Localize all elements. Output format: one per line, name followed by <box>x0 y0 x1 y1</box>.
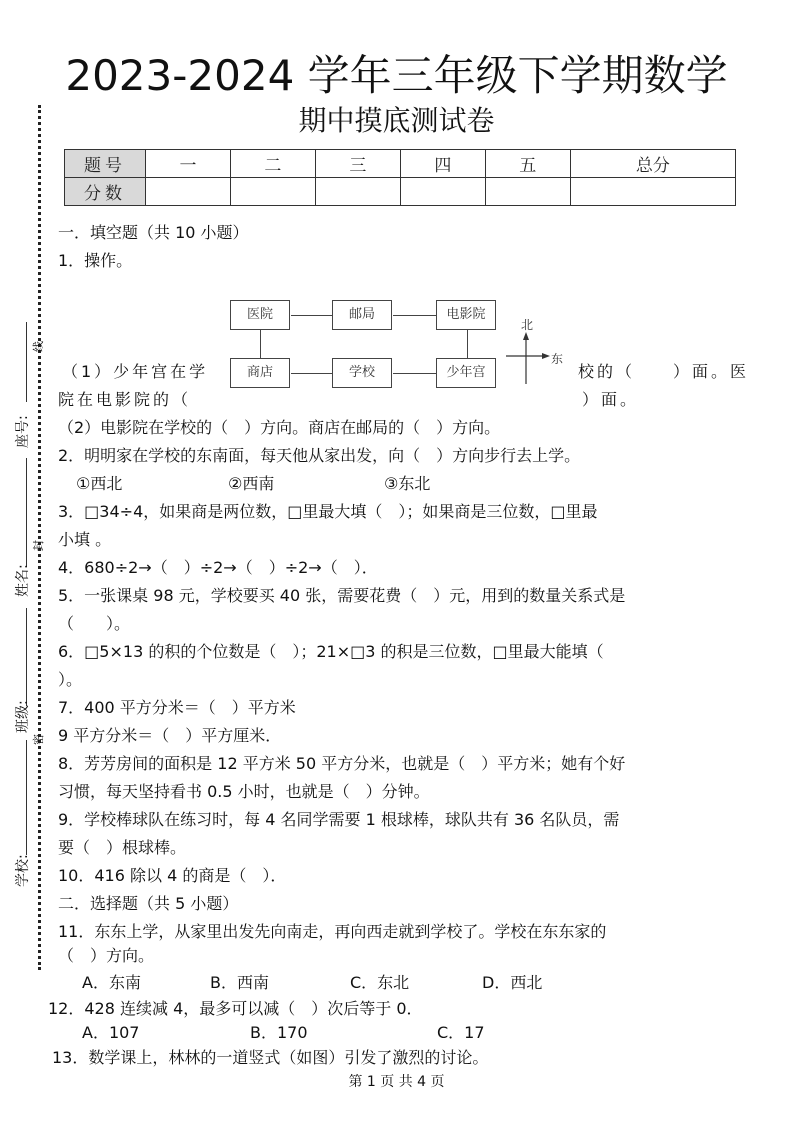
question-7-line2: 9 平方分米＝（ ）平方厘米． <box>58 724 281 748</box>
score-row: 分数 <box>65 178 736 206</box>
compass-north-label: 北 <box>521 316 533 333</box>
class-blank[interactable] <box>26 608 27 706</box>
question-2-option-1[interactable]: ①西北 <box>76 472 122 496</box>
map-node-school: 学校 <box>332 358 392 388</box>
column-header-total: 总分 <box>570 150 735 178</box>
question-8-line2: 习惯，每天坚持看书 0.5 小时，也就是（ ）分钟。 <box>58 780 430 804</box>
score-cell[interactable] <box>146 178 231 206</box>
school-blank[interactable] <box>26 740 27 855</box>
question-13: 13．数学课上，林林的一道竖式（如图）引发了激烈的讨论。 <box>52 1046 488 1070</box>
column-header: 二 <box>230 150 315 178</box>
question-1-part1-right: 校的（ ）面。医 <box>578 360 749 384</box>
question-6-line1: 6．□5×13 的积的个位数是（ ）；21×□3 的积是三位数，□里最大能填（ <box>58 640 604 664</box>
question-7-line1: 7．400 平方分米＝（ ）平方米 <box>58 696 296 720</box>
seal-mark-seal: 封 <box>30 540 46 551</box>
question-1-part2: （2）电影院在学校的（ ）方向。商店在邮局的（ ）方向。 <box>58 416 500 440</box>
direction-map-diagram: 医院 邮局 电影院 商店 学校 少年宫 北 东 <box>228 300 588 388</box>
score-cell[interactable] <box>230 178 315 206</box>
question-1-part1-left: （1）少年宫在学 <box>62 360 208 384</box>
name-blank[interactable] <box>26 458 27 566</box>
question-2: 2．明明家在学校的东南面，每天他从家出发，向（ ）方向步行去上学。 <box>58 444 580 468</box>
question-1-part1-cont-right: ）面。 <box>582 388 639 412</box>
compass-arrows-icon <box>504 328 554 388</box>
question-10: 10．416 除以 4 的商是（ ）． <box>58 864 286 888</box>
question-4: 4．680÷2→（ ）÷2→（ ）÷2→（ ）． <box>58 556 378 580</box>
name-label: 姓名: <box>12 564 32 597</box>
map-connector <box>393 315 436 316</box>
question-2-option-2[interactable]: ②西南 <box>228 472 274 496</box>
question-11-option-b[interactable]: B．西南 <box>210 971 269 995</box>
column-header: 一 <box>146 150 231 178</box>
map-node-youth-palace: 少年宫 <box>436 358 496 388</box>
question-11-option-d[interactable]: D．西北 <box>482 971 542 995</box>
row-label-score: 分数 <box>65 178 146 206</box>
score-table: 题号 一 二 三 四 五 总分 分数 <box>64 149 736 206</box>
question-8-line1: 8．芳芳房间的面积是 12 平方米 50 平方分米，也就是（ ）平方米；她有个好 <box>58 752 625 776</box>
question-12: 12．428 连续减 4，最多可以减（ ）次后等于 0． <box>48 997 423 1021</box>
map-node-post-office: 邮局 <box>332 300 392 330</box>
map-node-hospital: 医院 <box>230 300 290 330</box>
binding-dotted-line <box>38 105 41 970</box>
column-header: 三 <box>315 150 400 178</box>
class-label: 班级: <box>12 700 32 733</box>
question-2-option-3[interactable]: ③东北 <box>384 472 430 496</box>
map-connector <box>393 373 436 374</box>
question-6-line2: ）。 <box>58 668 82 692</box>
seal-mark-line: 线 <box>30 341 46 352</box>
map-connector <box>291 373 332 374</box>
question-11-line1: 11．东东上学，从家里出发先向南走，再向西走就到学校了。学校在东东家的 <box>58 920 606 944</box>
seat-number-label: 座号: <box>12 415 32 448</box>
score-cell[interactable] <box>315 178 400 206</box>
row-label-question-number: 题号 <box>65 150 146 178</box>
column-header: 四 <box>400 150 485 178</box>
question-1-title: 1．操作。 <box>58 249 132 273</box>
question-12-option-c[interactable]: C．17 <box>437 1021 485 1045</box>
question-5-line2: （ ）。 <box>58 612 130 636</box>
question-9-line1: 9．学校棒球队在练习时，每 4 名同学需要 1 根球棒，球队共有 36 名队员，… <box>58 808 619 832</box>
section1-heading: 一．填空题（共 10 小题） <box>58 221 249 245</box>
score-cell[interactable] <box>400 178 485 206</box>
question-5-line1: 5．一张课桌 98 元，学校要买 40 张，需要花费（ ）元，用到的数量关系式是 <box>58 584 625 608</box>
seal-mark-secret: 密 <box>30 734 46 745</box>
question-11-line2: （ ）方向。 <box>58 944 154 968</box>
exam-title: 2023-2024 学年三年级下学期数学 <box>0 52 793 100</box>
score-cell-total[interactable] <box>570 178 735 206</box>
map-connector <box>260 330 261 358</box>
question-11-option-a[interactable]: A．东南 <box>82 971 141 995</box>
score-cell[interactable] <box>485 178 570 206</box>
map-connector <box>467 330 468 358</box>
page-number: 第 1 页 共 4 页 <box>0 1071 793 1091</box>
question-1-part1-cont-left: 院在电影院的（ <box>58 388 191 412</box>
exam-subtitle: 期中摸底测试卷 <box>0 104 793 138</box>
question-12-option-b[interactable]: B．170 <box>250 1021 308 1045</box>
column-header: 五 <box>485 150 570 178</box>
question-number-row: 题号 一 二 三 四 五 总分 <box>65 150 736 178</box>
seat-number-blank[interactable] <box>26 322 27 402</box>
school-label: 学校: <box>12 854 32 887</box>
question-11-option-c[interactable]: C．东北 <box>350 971 409 995</box>
map-connector <box>291 315 332 316</box>
compass-east-label: 东 <box>551 350 563 367</box>
question-3-line2: 小填 。 <box>58 528 111 552</box>
map-node-cinema: 电影院 <box>436 300 496 330</box>
section2-heading: 二．选择题（共 5 小题） <box>58 892 238 916</box>
question-3-line1: 3．□34÷4，如果商是两位数，□里最大填（ ）；如果商是三位数，□里最 <box>58 500 597 524</box>
question-9-line2: 要（ ）根球棒。 <box>58 836 186 860</box>
question-12-option-a[interactable]: A．107 <box>82 1021 140 1045</box>
map-node-shop: 商店 <box>230 358 290 388</box>
